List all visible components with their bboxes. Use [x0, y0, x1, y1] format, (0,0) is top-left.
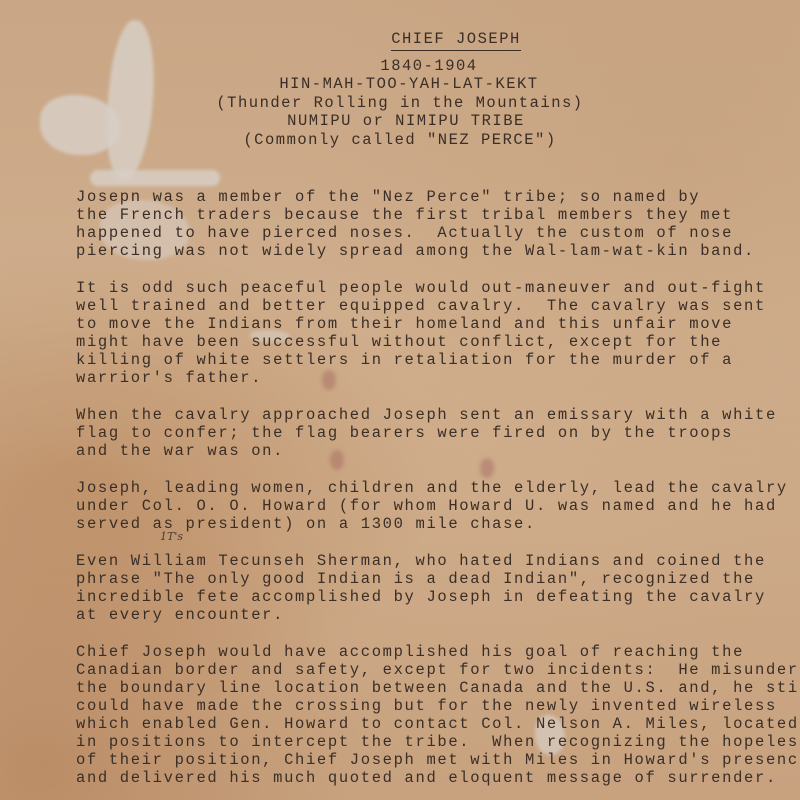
text-line: warrior's father.	[76, 369, 800, 387]
text-line: well trained and better equipped cavalry…	[76, 297, 800, 315]
text-line: served as president) on a 1300 mile chas…	[76, 515, 800, 533]
text-line: might have been successful without confl…	[76, 333, 800, 351]
text-line: and delivered his much quoted and eloque…	[76, 769, 800, 787]
text-line: incredible fete accomplished by Joseph i…	[76, 588, 800, 606]
document-header: CHIEF JOSEPH 1840-1904 HIN-MAH-TOO-YAH-L…	[0, 30, 800, 149]
text-line: Joseph, leading women, children and the …	[76, 479, 800, 497]
native-name: HIN-MAH-TOO-YAH-LAT-KEKT	[18, 75, 800, 94]
text-line: killing of white settlers in retaliation…	[76, 351, 800, 369]
text-line: flag to confer; the flag bearers were fi…	[76, 424, 800, 442]
document-title: CHIEF JOSEPH	[391, 30, 521, 51]
document-body: Josepn was a member of the "Nez Perce" t…	[76, 188, 800, 800]
text-line: Josepn was a member of the "Nez Perce" t…	[76, 188, 800, 206]
text-line: under Col. O. O. Howard (for whom Howard…	[76, 497, 800, 515]
text-line: to move the Indians from their homeland …	[76, 315, 800, 333]
text-line: Even William Tecunseh Sherman, who hated…	[76, 552, 800, 570]
paragraph: Chief Joseph would have accomplished his…	[76, 643, 800, 787]
paragraph: It is odd such peaceful people would out…	[76, 279, 800, 387]
paragraph: Joseph, leading women, children and the …	[76, 479, 800, 533]
paragraph: Josepn was a member of the "Nez Perce" t…	[76, 188, 800, 260]
text-line: could have made the crossing but for the…	[76, 697, 800, 715]
text-line: It is odd such peaceful people would out…	[76, 279, 800, 297]
text-line: the French traders because the first tri…	[76, 206, 800, 224]
text-line: and the war was on.	[76, 442, 800, 460]
tribe-name: NUMIPU or NIMIPU TRIBE	[12, 112, 800, 131]
life-dates: 1840-1904	[58, 57, 800, 76]
name-translation: (Thunder Rolling in the Mountains)	[0, 94, 800, 113]
text-line: in positions to intercept the tribe. Whe…	[76, 733, 800, 751]
text-line: at every encounter.	[76, 606, 800, 624]
text-line: which enabled Gen. Howard to contact Col…	[76, 715, 800, 733]
text-line: the boundary line location between Canad…	[76, 679, 800, 697]
text-line: phrase "The only good Indian is a dead I…	[76, 570, 800, 588]
paragraph: Even William Tecunseh Sherman, who hated…	[76, 552, 800, 624]
text-line: When the cavalry approached Joseph sent …	[76, 406, 800, 424]
text-line: Canadian border and safety, except for t…	[76, 661, 800, 679]
handwritten-insertion-note: 1T's	[160, 530, 183, 543]
common-name: (Commonly called "NEZ PERCE")	[0, 131, 800, 150]
paint-residue	[90, 170, 220, 186]
text-line: happened to have pierced noses. Actually…	[76, 224, 800, 242]
text-line: Chief Joseph would have accomplished his…	[76, 643, 800, 661]
paragraph: When the cavalry approached Joseph sent …	[76, 406, 800, 460]
text-line: of their position, Chief Joseph met with…	[76, 751, 800, 769]
text-line: piercing was not widely spread among the…	[76, 242, 800, 260]
